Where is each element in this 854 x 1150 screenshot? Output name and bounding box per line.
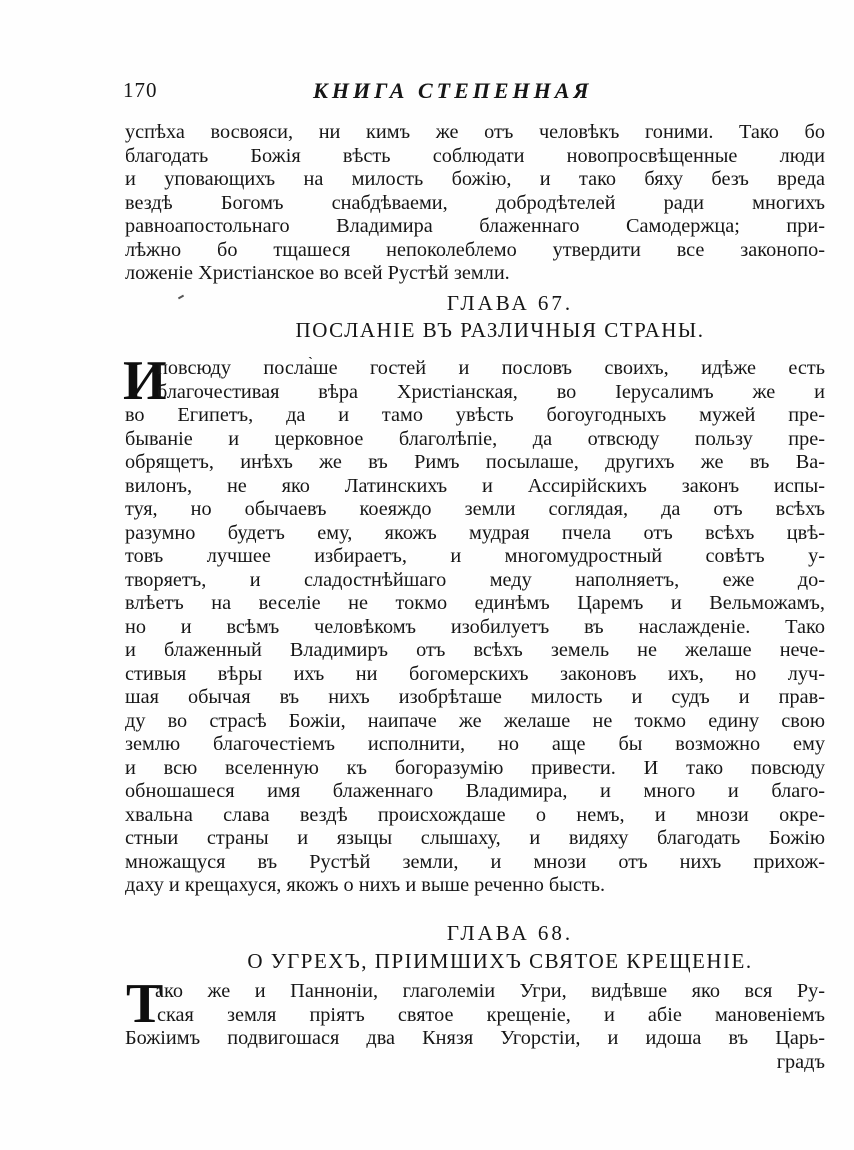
text-line: бываніе и церковное благолѣпіе, да отвсю… [125, 428, 825, 452]
text-line: обношашеся имя блаженнаго Владимира, и м… [125, 780, 825, 804]
text-line: вездѣ Богомъ снабдѣваеми, добродѣтелей р… [125, 192, 825, 216]
text-line: землю благочестіемъ исполнити, но аще бы… [125, 733, 825, 757]
running-title: КНИГА СТЕПЕННАЯ [313, 78, 593, 104]
text-line: вилонъ, не яко Латинскихъ и Ассирійскихъ… [125, 475, 825, 499]
chapter-67-number: ГЛАВА 67. [125, 291, 825, 316]
text-line: ду во страсѣ Божіи, наипаче же желаше не… [125, 710, 825, 734]
text-line: стныи страны и языцы слышаху, и видяху б… [125, 827, 825, 851]
text-line: даху и крещахуся, якожъ о нихъ и выше ре… [125, 874, 825, 898]
text-line: успѣха восвояси, ни кимъ же отъ человѣкъ… [125, 121, 825, 145]
text-line: творяетъ, и сладостнѣйшаго меду наполняе… [125, 569, 825, 593]
text-line: туя, но обычаевъ коеяждо земли соглядая,… [125, 498, 825, 522]
book-page: 170 КНИГА СТЕПЕННАЯ успѣха восвояси, ни … [0, 0, 854, 1150]
text-line: стивыя вѣры ихъ ни богомерскихъ законовъ… [125, 663, 825, 687]
text-line: ская земля пріятъ святое крещеніе, и абі… [125, 1004, 825, 1028]
text-line: лѣжно бо тщашеся непоколеблемо утвердити… [125, 239, 825, 263]
chapter-67-title: ПОСЛАНІЕ ВЪ РАЗЛИЧНЫЯ СТРАНЫ. [125, 318, 825, 343]
chapter-68-title: О УГРЕХЪ, ПРІИМШИХЪ СВЯТОЕ КРЕЩЕНІЕ. [125, 949, 825, 974]
text-line: множащуся въ Рустѣй земли, и мнози отъ н… [125, 851, 825, 875]
text-line: товъ лучшее избираетъ, и многомудростный… [125, 545, 825, 569]
text-line: ако же и Панноніи, глаголеміи Угри, видѣ… [125, 980, 825, 1004]
text-line: Божіимъ подвигошася два Князя Угорстіи, … [125, 1027, 825, 1051]
text-line: равноапостольнаго Владимира блаженнаго С… [125, 215, 825, 239]
text-line: и всю вселенную къ богоразумію привести.… [125, 757, 825, 781]
text-line: и уповающихъ на милость божію, и тако бя… [125, 168, 825, 192]
text-line: влѣетъ на веселіе не токмо единѣмъ Царем… [125, 592, 825, 616]
text-line: разумно будетъ ему, якожъ мудрая пчела о… [125, 522, 825, 546]
text-line: во Египетъ, да и тамо увѣсть богоугодных… [125, 404, 825, 428]
text-line: повсюду посла̀ше гостей и пословъ своихъ… [125, 357, 825, 381]
text-line: благодать Божія вѣсть соблюдати новопрос… [125, 145, 825, 169]
text-line: и блаженный Владимиръ отъ всѣхъ земель н… [125, 639, 825, 663]
text-line: но и всѣмъ человѣкомъ изобилуетъ въ насл… [125, 616, 825, 640]
chapter-67-body: повсюду посла̀ше гостей и пословъ своихъ… [125, 357, 825, 898]
text-line: шая обычая въ нихъ изобрѣташе милость и … [125, 686, 825, 710]
page-number: 170 [123, 78, 158, 103]
text-line: благочестивая вѣра Христіанская, во Іеру… [125, 381, 825, 405]
text-line: хвальна слава вездѣ происхождаше о немъ,… [125, 804, 825, 828]
text-line: ложеніе Христіанское во всей Рустѣй земл… [125, 262, 825, 286]
catchword: градъ [125, 1051, 825, 1075]
page-header: 170 КНИГА СТЕПЕННАЯ [123, 78, 823, 106]
text-line: обрящетъ, инѣхъ же въ Римъ посылаше, дру… [125, 451, 825, 475]
chapter-68-body: ако же и Панноніи, глаголеміи Угри, видѣ… [125, 980, 825, 1074]
chapter-68-number: ГЛАВА 68. [125, 921, 825, 946]
continuation-paragraph: успѣха восвояси, ни кимъ же отъ человѣкъ… [125, 121, 825, 286]
